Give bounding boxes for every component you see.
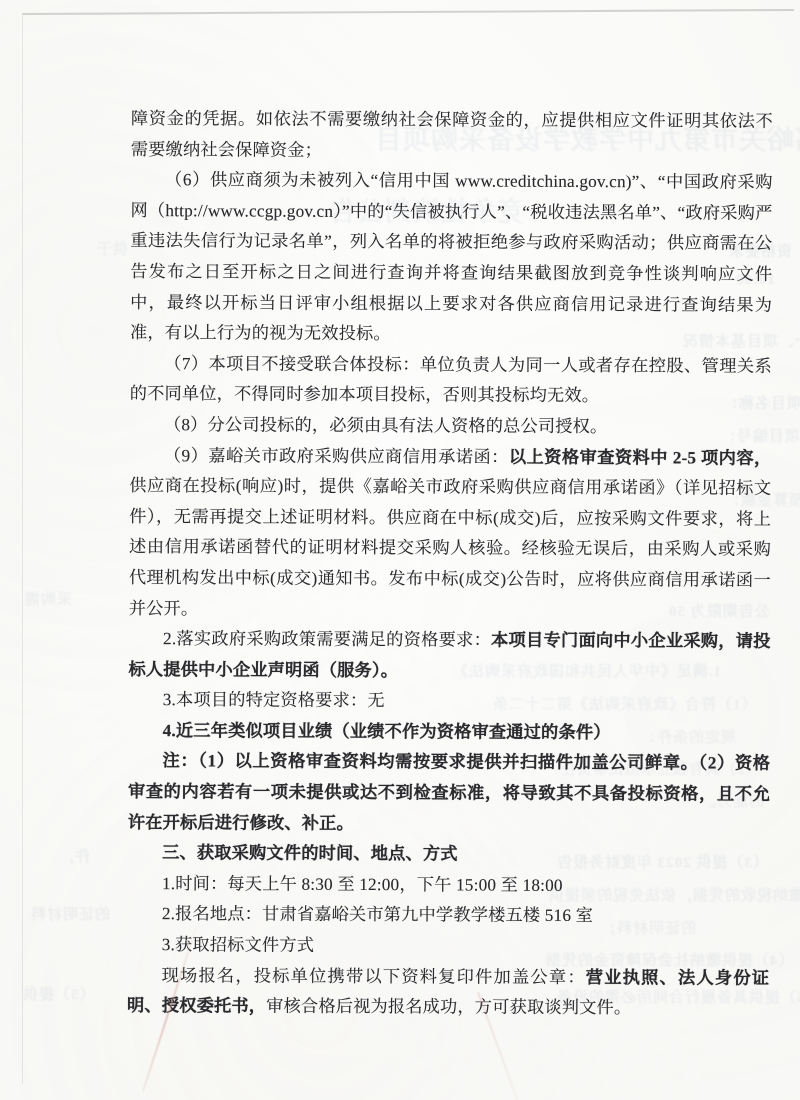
text-run: （8）分公司投标的，必须由具有法人资格的总公司授权。 [164, 415, 608, 436]
text-run: 4.近三年类似项目业绩（业绩不作为资格审查通过的条件） [163, 721, 611, 742]
scan-edge-line-top [22, 9, 794, 15]
paragraph: 3.获取招标文件方式 [127, 930, 769, 963]
paragraph: 3.本项目的特定资格要求：无 [128, 685, 770, 718]
bleedthrough-text: 件， [58, 845, 90, 866]
text-run: 三、获取采购文件的时间、地点、方式 [162, 843, 458, 863]
scanned-document-page: 嘉峪关市第九中学教学设备采购项目竞争性谈判公告资格要求10:00一、项目基本情况… [0, 0, 800, 1100]
text-run: 障资金的凭据。如依法不需要缴纳社会保障资金的，应提供相应文件证明其依法不需要缴纳… [131, 109, 773, 159]
text-run: 1.时间：每天上午 8:30 至 12:00，下午 15:00 至 18:00 [162, 874, 563, 895]
bleedthrough-text: 供于 [96, 238, 128, 259]
text-run: （9）嘉峪关市政府采购供应商信用承诺函： [164, 446, 509, 467]
text-run: 供应商在投标(响应)时，提供《嘉峪关市政府采购供应商信用承诺函》（详见招标文件）… [129, 476, 772, 618]
paragraph: 2.报名地点：甘肃省嘉峪关市第九中学教学楼五楼 516 室 [127, 899, 769, 932]
text-run: （7）本项目不接受联合体投标：单位负责人为同一人或者存在控股、管理关系的不同单位… [130, 354, 772, 405]
paragraph: （6）供应商须为未被列入“信用中国 www.creditchina.gov.cn… [130, 165, 773, 351]
paragraph: 三、获取采购文件的时间、地点、方式 [128, 838, 770, 871]
text-run: 3.本项目的特定资格要求：无 [163, 690, 385, 710]
paragraph: （9）嘉峪关市政府采购供应商信用承诺函：以上资格审查资料中 2-5 项内容，供应… [129, 441, 772, 627]
paragraph: （8）分公司投标的，必须由具有法人资格的总公司授权。 [130, 410, 772, 443]
paragraph: （7）本项目不接受联合体投标：单位负责人为同一人或者存在控股、管理关系的不同单位… [130, 349, 772, 413]
paragraph: 障资金的凭据。如依法不需要缴纳社会保障资金的，应提供相应文件证明其依法不需要缴纳… [131, 104, 773, 168]
bleedthrough-text: 采购需 [24, 588, 72, 609]
paragraph: 1.时间：每天上午 8:30 至 12:00，下午 15:00 至 18:00 [128, 869, 770, 902]
paragraph: 现场报名，投标单位携带以下资料复印件加盖公章：营业执照、法人身份证明、授权委托书… [127, 961, 769, 1025]
bleedthrough-text: （5）提供 [22, 983, 95, 1004]
paragraph: 4.近三年类似项目业绩（业绩不作为资格审查通过的条件） [128, 716, 770, 749]
paragraph: 2.落实政府采购政策需要满足的资格要求：本项目专门面向中小企业采购，请投标人提供… [128, 624, 770, 688]
text-run: （6）供应商须为未被列入“信用中国 www.creditchina.gov.cn… [130, 170, 773, 343]
text-run: 以上资格审查资料中 2-5 项内容， [509, 447, 772, 467]
text-run: 注：（1）以上资格审查资料均需按要求提供并扫描件加盖公司鲜章。（2）资格审查的内… [128, 752, 770, 833]
text-run: 2.报名地点：甘肃省嘉峪关市第九中学教学楼五楼 516 室 [162, 905, 593, 926]
text-run: 2.落实政府采购政策需要满足的资格要求： [163, 629, 491, 649]
bleedthrough-text: 的证明材料 [30, 903, 110, 924]
paragraph: 注：（1）以上资格审查资料均需按要求提供并扫描件加盖公司鲜章。（2）资格审查的内… [128, 746, 770, 841]
document-text: 障资金的凭据。如依法不需要缴纳社会保障资金的，应提供相应文件证明其依法不需要缴纳… [127, 104, 773, 1025]
scan-edge-line-left [22, 14, 23, 1084]
text-run: 审核合格后视为报名成功，方可获取谈判文件。 [266, 997, 631, 1018]
text-run: 现场报名，投标单位携带以下资料复印件加盖公章： [162, 966, 586, 987]
text-run: 3.获取招标文件方式 [162, 935, 314, 955]
